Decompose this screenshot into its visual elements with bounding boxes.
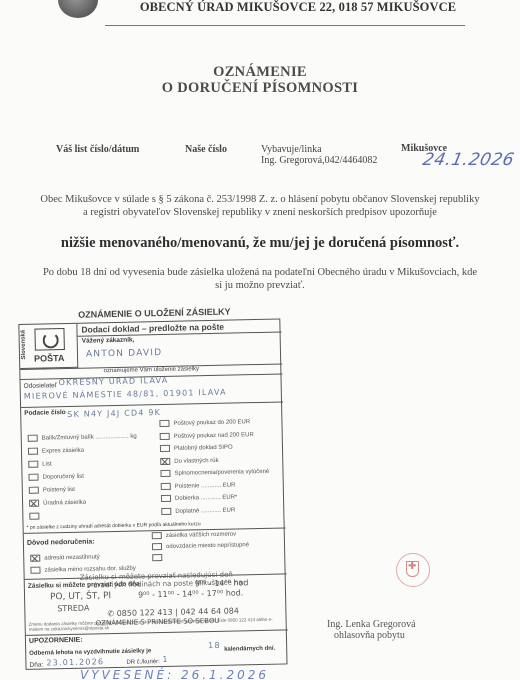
logo-text: POŠTA <box>34 353 65 364</box>
checkbox-item[interactable]: Splnomocnenia/poverenia vylúčené <box>160 468 269 477</box>
handled-by-value: Ing. Gregorová,042/4464082 <box>261 155 377 166</box>
empty-box-icon[interactable] <box>160 470 170 477</box>
checkbox-label: adresát nezastihnutý <box>44 554 99 561</box>
divider <box>21 401 283 407</box>
logo-vertical-text: Slovenská <box>20 330 27 360</box>
checkbox-label: Poistený list <box>43 487 75 494</box>
empty-box-icon[interactable] <box>159 420 169 427</box>
empty-box-icon[interactable] <box>161 507 171 514</box>
checkbox-label: Dobierka ............ EUR* <box>175 495 237 502</box>
municipal-seal-icon <box>396 553 430 587</box>
sender-label: Odosielateľ <box>24 382 57 390</box>
officer-name: Ing. Lenka Gregorová <box>327 619 416 630</box>
checkbox-item[interactable]: Úradná zásielka <box>29 499 86 507</box>
checkbox-label: Poistenie ............ EUR <box>175 482 236 489</box>
your-letter-label: Váš list číslo/dátum <box>56 144 139 155</box>
header-divider <box>105 25 465 26</box>
checkbox-item[interactable]: Do vlastných rúk <box>160 456 218 464</box>
office-header: OBECNÝ ÚRAD MIKUŠOVCE 22, 018 57 MIKUŠOV… <box>128 0 468 15</box>
checkbox-item[interactable]: adresát nezastihnutý <box>30 553 100 562</box>
empty-box-icon[interactable] <box>28 448 38 455</box>
checkbox-label: Platobný doklad SIPO <box>174 445 233 452</box>
checkbox-item[interactable]: Poistenie ............ EUR <box>161 481 236 490</box>
date-value: 23.01.2026 <box>46 657 104 667</box>
sender-line-1: OKRESNÝ ÚRAD ILAVA <box>58 376 168 387</box>
tracking-label: Podacie číslo <box>24 409 66 417</box>
checked-box-icon[interactable] <box>29 500 39 507</box>
checkbox-label: Balík/Zmluvný balík ....................… <box>42 434 137 442</box>
empty-box-icon[interactable] <box>160 432 170 439</box>
handwritten-posting-note: VYVESENÉ: 26.1.2026 <box>80 668 269 680</box>
empty-box-icon[interactable] <box>28 435 38 442</box>
tracking-number: SK N4Y J4J CD4 9K <box>67 408 161 419</box>
dr-label: DR č./kuriér: <box>126 659 159 666</box>
empty-box-icon[interactable] <box>29 487 39 494</box>
empty-box-icon[interactable] <box>152 554 162 561</box>
checkbox-item[interactable]: Doplatné ............ EUR <box>161 506 235 515</box>
reason-header: Dôvod nedoručenia: <box>27 538 95 546</box>
checkbox-label: Do vlastných rúk <box>174 457 218 464</box>
empty-box-icon[interactable] <box>152 532 162 539</box>
post-horn-icon <box>34 328 64 351</box>
checkbox-item[interactable]: Dobierka ............ EUR* <box>161 493 237 502</box>
empty-box-icon[interactable] <box>28 461 38 468</box>
legal-paragraph: Obec Mikušovce v súlade s § 5 zákona č. … <box>40 193 480 219</box>
post-logo: Slovenská POŠTA <box>19 324 78 369</box>
checkbox-item[interactable]: zásielka väčších rozmerov <box>152 530 236 539</box>
notice-highlight: nižšie menovaného/menovanú, že mu/jej je… <box>20 235 500 252</box>
empty-box-icon[interactable] <box>28 474 38 481</box>
pickup-paragraph: Po dobu 18 dní od vyvesenia bude zásielk… <box>40 266 480 292</box>
checkbox-item[interactable] <box>152 554 166 561</box>
checkbox-item[interactable]: Platobný doklad SIPO <box>160 444 233 453</box>
crest-icon <box>58 0 98 18</box>
warning-label: UPOZORNENIE: <box>29 637 83 645</box>
slip-form: Slovenská POŠTA Dodací doklad – predložt… <box>18 319 287 670</box>
checkbox-label: Poštový poukaz do 200 EUR <box>173 419 250 427</box>
handwritten-date: 24.1.2026 <box>421 150 516 170</box>
wednesday-label: STREDA <box>57 604 89 614</box>
checkbox-label: Poštový poukaz nad 200 EUR <box>174 432 254 440</box>
checkbox-label: Doporučený list <box>42 474 83 481</box>
empty-box-icon[interactable] <box>30 567 40 574</box>
sender-line-2: MIEROVÉ NÁMESTIE 48/81, 01901 ILAVA <box>24 388 227 401</box>
empty-box-icon[interactable] <box>161 495 171 502</box>
checkbox-item[interactable]: Poistený list <box>29 486 75 494</box>
checkbox-item[interactable]: Doporučený list <box>28 473 83 481</box>
checkbox-item[interactable]: Expres zásielka <box>28 447 84 455</box>
checkbox-item[interactable] <box>29 513 43 520</box>
empty-box-icon[interactable] <box>160 445 170 452</box>
postal-slip: OZNÁMENIE O ULOŽENÍ ZÁSIELKY Slovenská P… <box>18 303 288 670</box>
checkbox-label: odovzdacie miesto neprístupné <box>166 542 249 550</box>
checkbox-label: List <box>42 461 51 467</box>
date-label: Dňa: <box>29 662 43 669</box>
slip-title: OZNÁMENIE O ULOŽENÍ ZÁSIELKY <box>78 307 231 320</box>
office-hours: 9⁰⁰ - 14⁰⁰ hod <box>195 578 249 588</box>
document-title: OZNÁMENIE <box>0 64 520 81</box>
dr-value: 1 <box>162 655 168 664</box>
our-number-label: Naše číslo <box>185 144 227 155</box>
pickup-period-unit: kalendárnych dní. <box>224 646 275 653</box>
pickup-period-value: 18 <box>208 641 221 650</box>
pickup-period-label: Odberná lehota na vyzdvihnutie zásielky … <box>29 648 151 657</box>
checkbox-item[interactable]: Balík/Zmluvný balík ....................… <box>28 433 137 442</box>
checked-box-icon[interactable] <box>30 555 40 562</box>
office-days: PO, UT, ŠT, PI <box>50 591 111 602</box>
checkbox-label: Splnomocnenia/poverenia vylúčené <box>174 469 269 477</box>
document-subtitle: O DORUČENÍ PÍSOMNOSTI <box>0 80 520 97</box>
empty-box-icon[interactable] <box>152 543 162 550</box>
checkbox-label: Doplatné ............ EUR <box>175 507 235 514</box>
recipient-name: ANTON DAVID <box>86 348 163 360</box>
greeting: Vážený zákazník, <box>82 337 135 345</box>
empty-box-icon[interactable] <box>29 513 39 520</box>
checkbox-item[interactable]: odovzdacie miesto neprístupné <box>152 541 249 550</box>
checkbox-item[interactable]: Poštový poukaz nad 200 EUR <box>160 431 254 440</box>
checkbox-label: zásielka väčších rozmerov <box>166 532 236 539</box>
wednesday-hours: 9⁰⁰ - 11⁰⁰ - 14⁰⁰ - 17⁰⁰ hod. <box>138 588 244 599</box>
handled-by-label: Vybavuje/linka <box>261 144 322 155</box>
empty-box-icon[interactable] <box>161 482 171 489</box>
checkbox-label: Expres zásielka <box>42 448 84 455</box>
officer-role: ohlasovňa pobytu <box>334 630 405 641</box>
checkbox-label: Úradná zásielka <box>43 500 86 507</box>
checked-box-icon[interactable] <box>160 457 170 464</box>
checkbox-item[interactable]: Poštový poukaz do 200 EUR <box>159 418 250 427</box>
checkbox-item[interactable]: List <box>28 460 51 468</box>
